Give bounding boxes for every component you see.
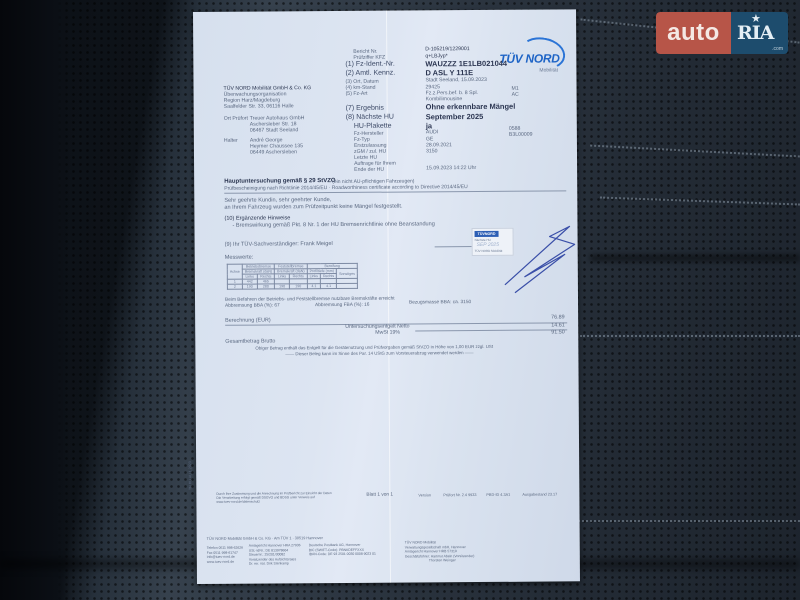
bezugsmasse: Bezugsmasse BBA: ca. 3150 (409, 300, 471, 306)
naechste-hu-value: September 2025 (426, 112, 484, 122)
naechste-hu-label: (8) Nächste HU (346, 114, 394, 123)
ende-hu-label: Ende der HU (354, 167, 384, 174)
watermark-auto: auto (656, 12, 731, 54)
ort-datum-value: Stadt Seeland, 15.09.2023 (425, 77, 486, 84)
footer-ausgabe: Ausgabestand 23.17 (522, 492, 557, 497)
hersteller-value: AUDI (426, 129, 438, 136)
test-location-label: Ort Prüfort (224, 116, 248, 123)
form-code: TN HU AU 1.2023 (188, 461, 193, 490)
amount-value: 76.89 (551, 314, 565, 321)
vehicle-class-2: AC (512, 92, 519, 99)
seat-crease (590, 255, 800, 261)
footer-contact: www.tuev-nord.de (207, 559, 234, 563)
inspector: (9) Ihr TÜV-Sachverständiger: Frank Meig… (225, 241, 333, 249)
fz-ident-label: (1) Fz-Ident.-Nr. (345, 61, 394, 70)
seat-stitching (580, 335, 800, 337)
amount-value: 14.61 (551, 322, 565, 329)
signature-line (435, 246, 475, 247)
amount-label: MwSt 19% (375, 330, 400, 337)
ergebnis-value: Ohne erkennbare Mängel (426, 102, 516, 112)
inspection-report-paper: TÜV NORD Mobilität TÜV NORD Mobilität Gm… (193, 9, 580, 584)
abbremsung-fba: Abbremsung FBA (%): 16 (315, 303, 369, 309)
typ-code: B3L00009 (509, 132, 533, 139)
legal-line: www.tuev-nord.de/datenschutz (216, 500, 260, 504)
berechnung-label: Berechnung (EUR) (225, 317, 271, 324)
holder-line: 06449 Aschersleben (250, 149, 297, 156)
tax-note: —— Dieser Beleg kann im Sinne des Par. 1… (285, 350, 473, 357)
gesamt-label: Gesamtbetrag Brutto (225, 338, 275, 345)
footer-pbd: PBD-ID 4.3A1 (486, 493, 510, 498)
seat-stitching (570, 520, 800, 522)
holder-label: Halter (224, 138, 238, 145)
test-location-line: 06467 Stadt Seeland (250, 127, 299, 134)
ende-hu-value: 15.09.2023 14:22 Uhr (426, 165, 476, 172)
issuer-line: Saalfelder Str. 33, 06116 Halle (224, 103, 294, 110)
bericht-value: D-105219/1229001 (425, 46, 469, 53)
seat-shadow (0, 0, 70, 600)
footer-register: Dr. rer. nat. Dirk Stenkamp (249, 561, 289, 566)
zgm-value: 3150 (426, 148, 438, 155)
page-number: Blatt 1 von 1 (366, 493, 393, 499)
divider (415, 329, 567, 331)
kennz-label: (2) Amtl. Kennz. (345, 70, 395, 79)
greeting-line: an Ihrem Fahrzeug wurden zum Prüfzeitpun… (224, 204, 402, 212)
company-footer-title: TÜV NORD Mobilität GmbH & Co. KG · Am TÜ… (207, 536, 323, 542)
table-row: 2 190 280 190 190 4.1 4.1 (227, 283, 357, 289)
hinweise-text: - Bremswirkung gemäß Pkt. 8 Nr. 1 der HU… (232, 221, 434, 229)
watermark-ria: ★ RIA .com (731, 12, 788, 54)
abbremsung-bba: Abbremsung BBA (%): 67 (225, 303, 280, 309)
messwerte-table: Achse Betriebsbremse Feststellbremse Ber… (227, 263, 358, 290)
footer-management: Thorsten Weinger (429, 558, 456, 562)
messwerte-label: Messwerte: (225, 255, 254, 262)
amount-total: 91.50 (551, 329, 565, 336)
footer-bank: IBAN-Code: DE 93 2501 0030 0008 9023 01 (309, 552, 376, 557)
auto-ria-watermark: auto ★ RIA .com (656, 12, 788, 54)
footer-pruef: Prüfort Nr. 2.4 9933 (443, 493, 476, 498)
ergebnis-label: (7) Ergebnis (346, 105, 384, 114)
fz-art-label: (5) Fz-Art (346, 91, 368, 98)
signature (494, 214, 585, 295)
footer-version: Version (418, 493, 431, 498)
